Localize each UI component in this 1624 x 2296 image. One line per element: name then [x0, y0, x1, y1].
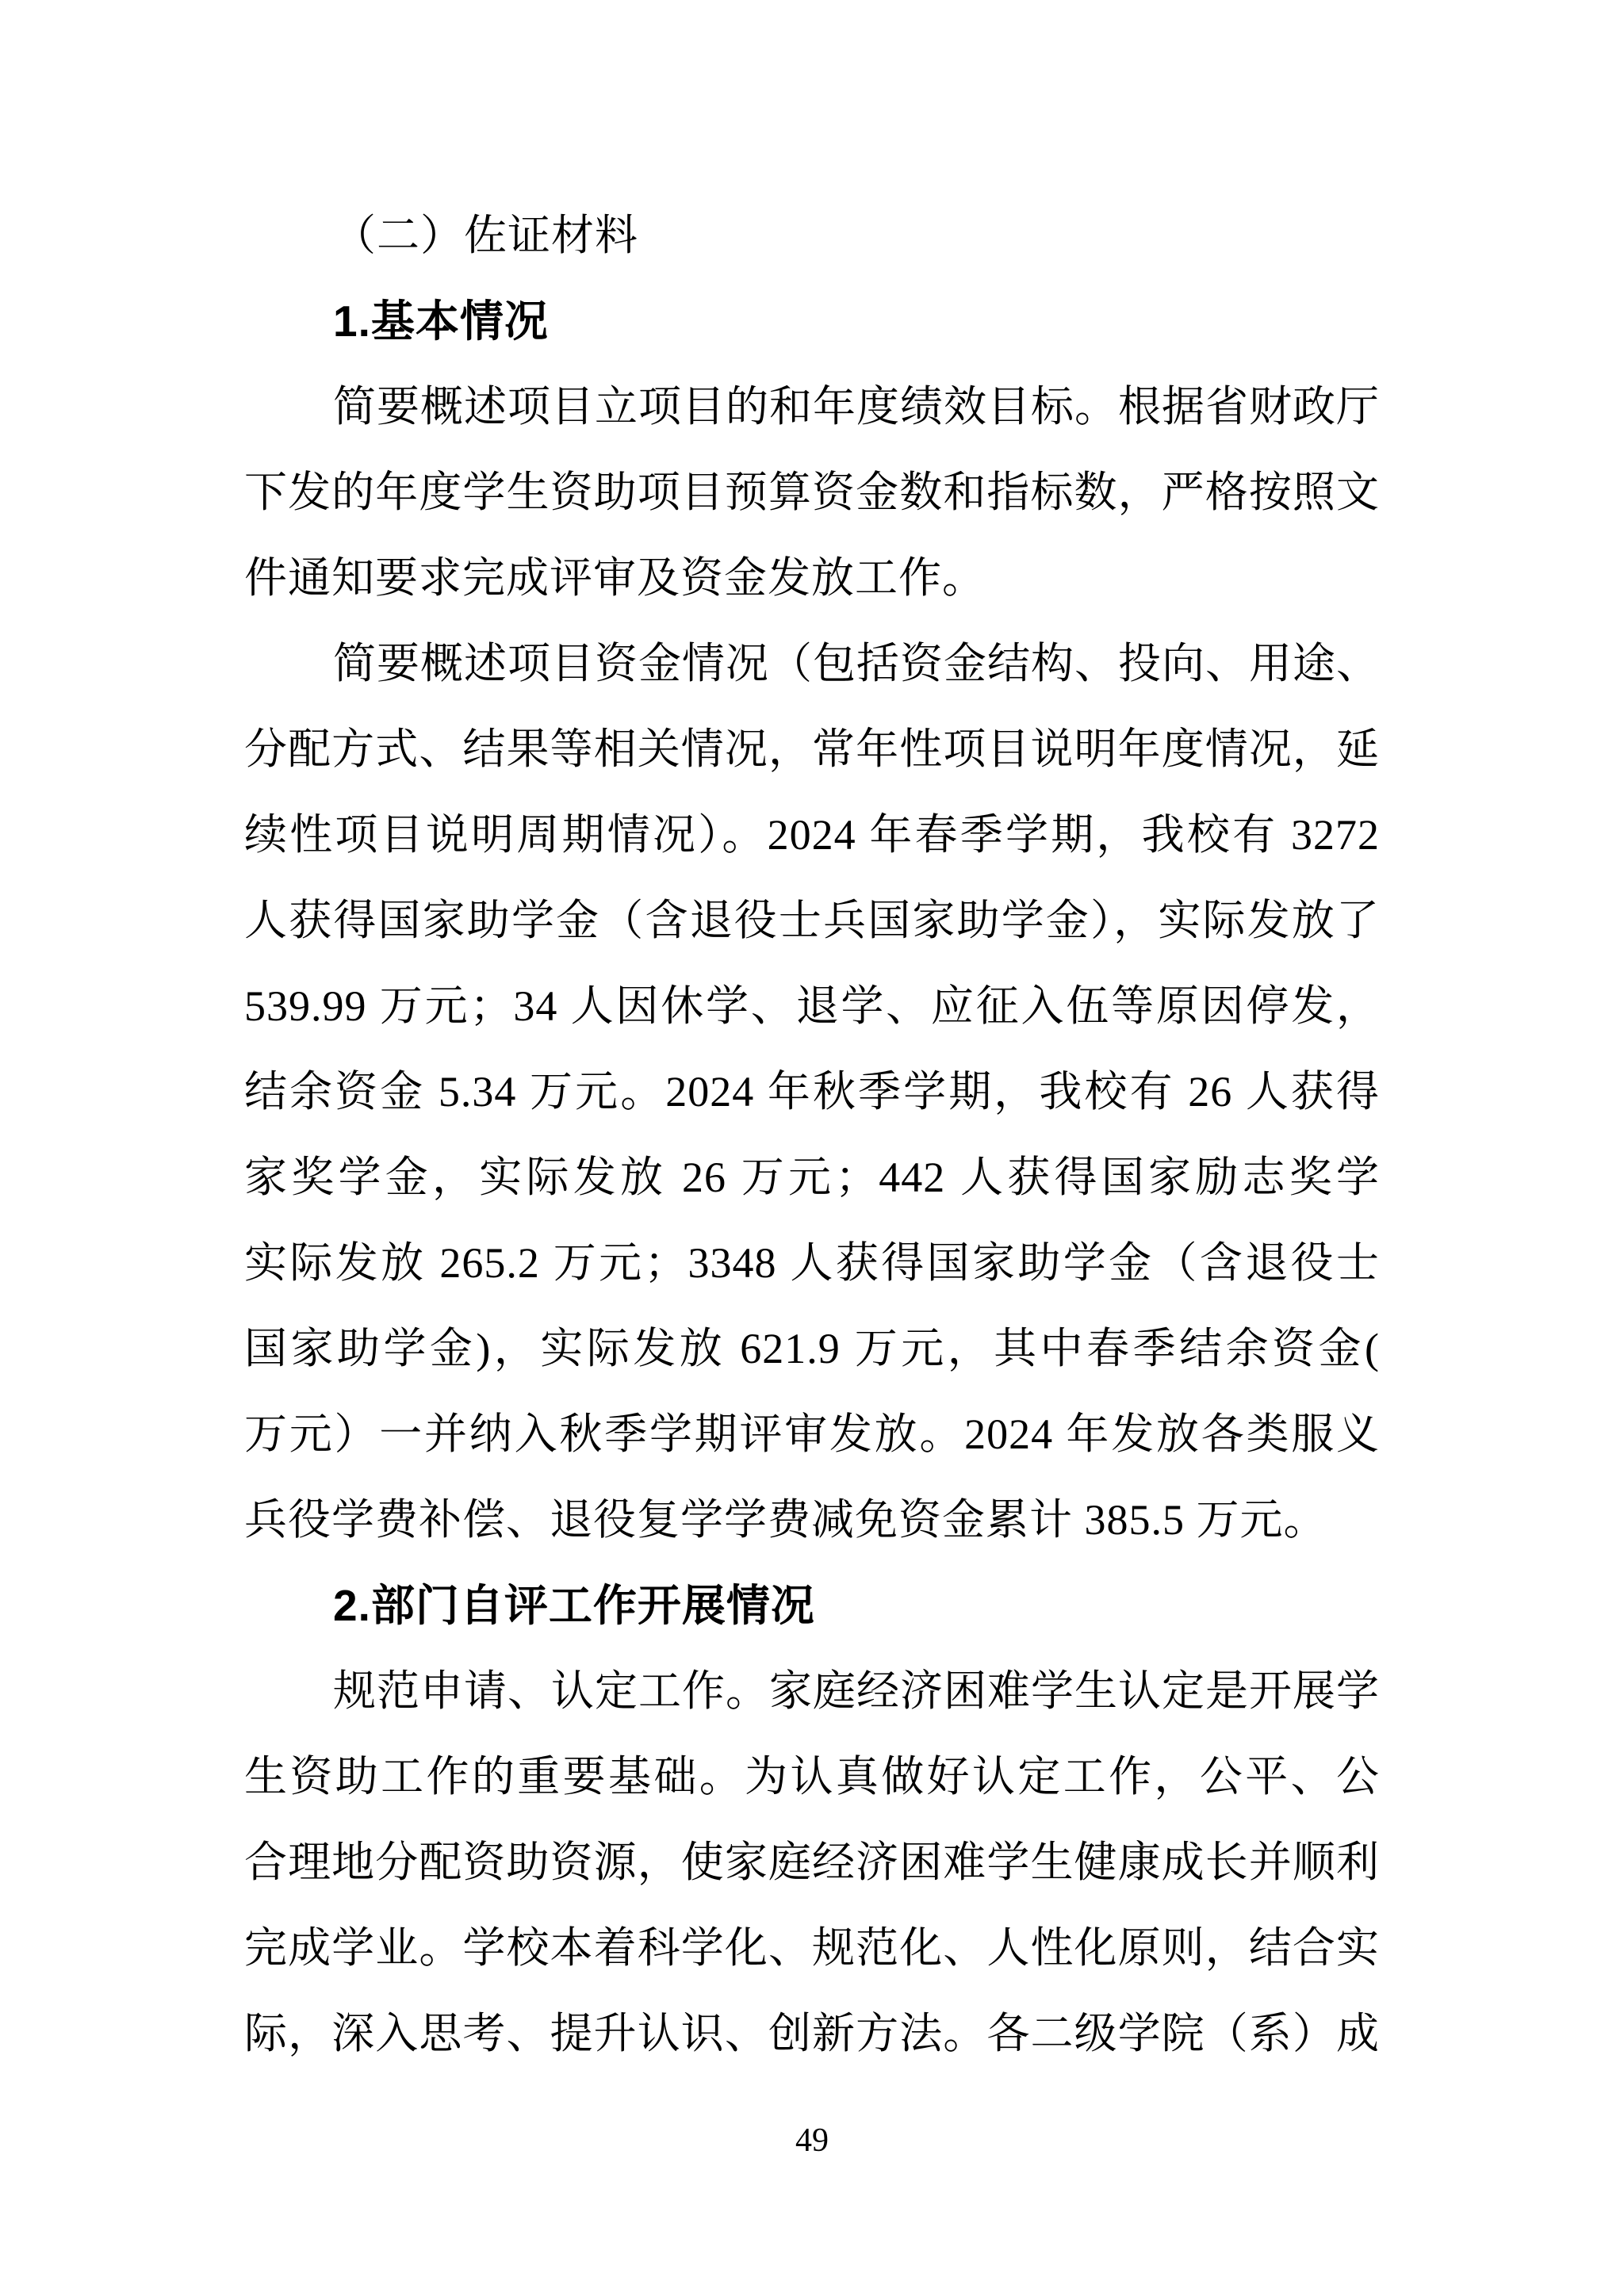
- paragraph-line: 件通知要求完成评审及资金发放工作。: [244, 535, 1380, 621]
- paragraph-line: 简要概述项目立项目的和年度绩效目标。根据省财政厅: [244, 364, 1380, 450]
- paragraph-line: 规范申请、认定工作。家庭经济困难学生认定是开展学: [244, 1648, 1380, 1734]
- subheading-basic-info: 1.基本情况: [244, 278, 1380, 364]
- paragraph-line: 539.99 万元；34 人因休学、退学、应征入伍等原因停发，: [244, 963, 1380, 1049]
- document-page: （二）佐证材料 1.基本情况 简要概述项目立项目的和年度绩效目标。根据省财政厅 …: [0, 0, 1624, 2296]
- paragraph-line: 际，深入思考、提升认识、创新方法。各二级学院（系）成: [244, 1991, 1380, 2076]
- paragraph-line: 万元）一并纳入秋季学期评审发放。2024 年发放各类服义务: [244, 1391, 1380, 1477]
- paragraph-line: 简要概述项目资金情况（包括资金结构、投向、用途、: [244, 621, 1380, 706]
- page-number: 49: [0, 2118, 1624, 2163]
- paragraph-line: 结余资金 5.34 万元。2024 年秋季学期，我校有 26 人获得国: [244, 1049, 1380, 1135]
- paragraph-line: 实际发放 265.2 万元；3348 人获得国家助学金（含退役士兵: [244, 1220, 1380, 1306]
- section-heading: （二）佐证材料: [244, 193, 1380, 278]
- paragraph-line: 兵役学费补偿、退役复学学费减免资金累计 385.5 万元。: [244, 1477, 1380, 1563]
- paragraph-line: 生资助工作的重要基础。为认真做好认定工作，公平、公正、: [244, 1734, 1380, 1820]
- paragraph-line: 人获得国家助学金（含退役士兵国家助学金），实际发放了: [244, 878, 1380, 963]
- page-content: （二）佐证材料 1.基本情况 简要概述项目立项目的和年度绩效目标。根据省财政厅 …: [244, 193, 1380, 2076]
- paragraph-line: 合理地分配资助资源，使家庭经济困难学生健康成长并顺利: [244, 1820, 1380, 1905]
- paragraph-line: 国家助学金)，实际发放 621.9 万元，其中春季结余资金( 5.34: [244, 1306, 1380, 1391]
- paragraph-line: 分配方式、结果等相关情况，常年性项目说明年度情况，延: [244, 706, 1380, 792]
- paragraph-line: 家奖学金，实际发放 26 万元；442 人获得国家励志奖学金，: [244, 1135, 1380, 1220]
- paragraph-line: 续性项目说明周期情况）。2024 年春季学期，我校有 3272 人: [244, 792, 1380, 878]
- subheading-self-evaluation: 2.部门自评工作开展情况: [244, 1563, 1380, 1648]
- paragraph-line: 完成学业。学校本着科学化、规范化、人性化原则，结合实: [244, 1905, 1380, 1991]
- paragraph-line: 下发的年度学生资助项目预算资金数和指标数，严格按照文: [244, 450, 1380, 535]
